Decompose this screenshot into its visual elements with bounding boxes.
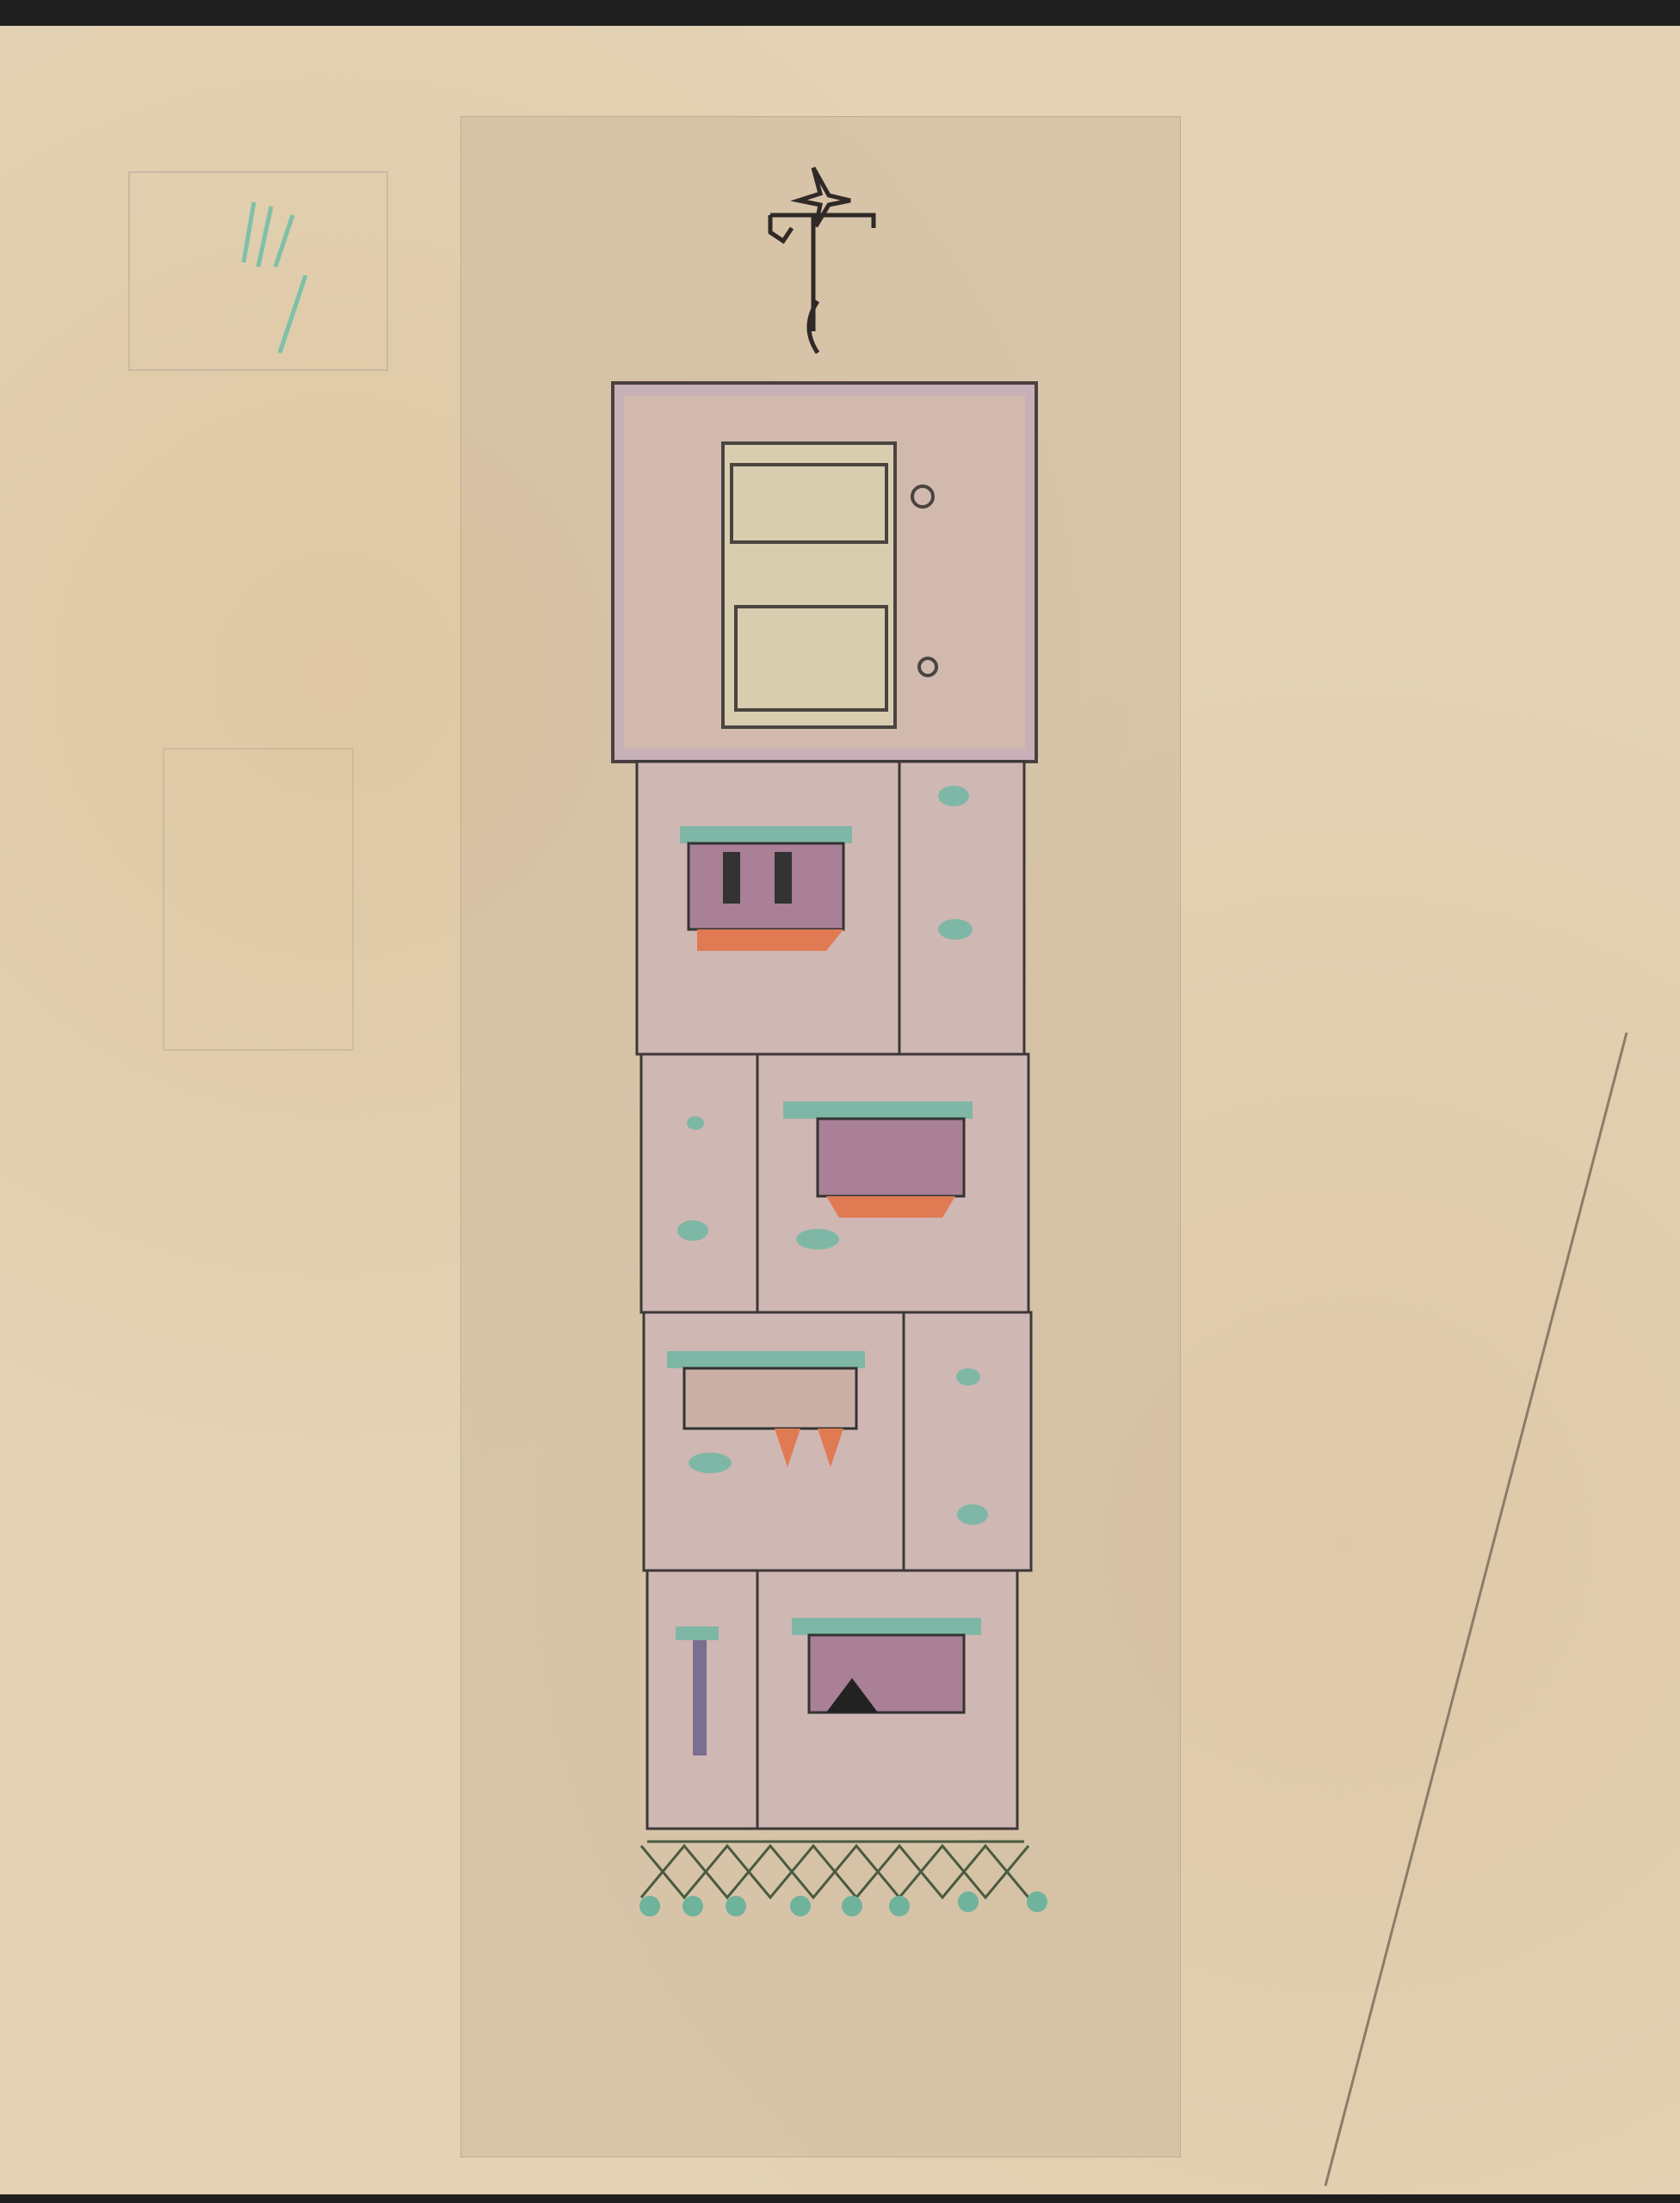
finial — [770, 168, 874, 353]
tower-drawing — [0, 0, 1680, 2203]
